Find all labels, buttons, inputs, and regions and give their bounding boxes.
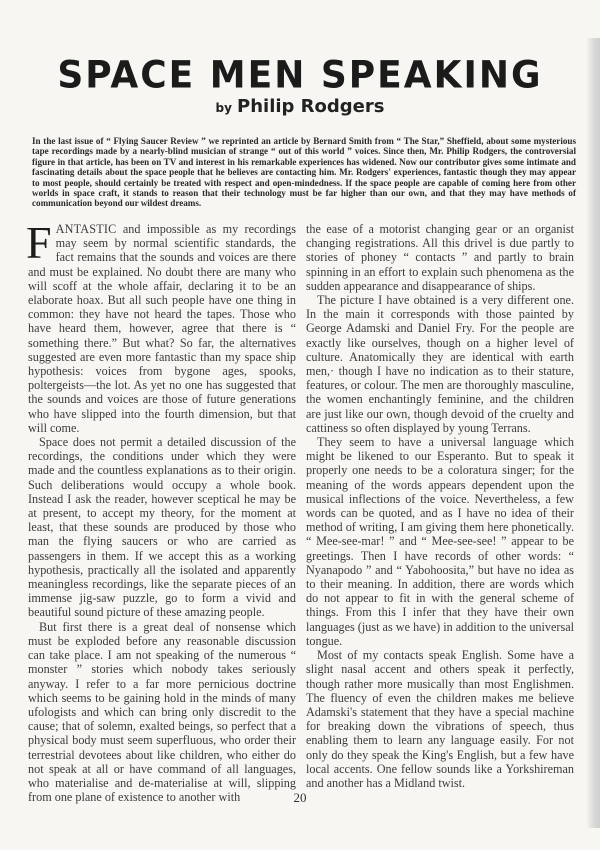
paragraph: The picture I have obtained is a very di… (306, 293, 574, 435)
drop-cap: F (26, 224, 52, 262)
paragraph: Space does not permit a detailed discuss… (28, 435, 296, 620)
paragraph-text: and impossible as my recordings may seem… (28, 222, 296, 435)
article-body: FANTASTIC and impossible as my recording… (28, 222, 574, 802)
article-intro: In the last issue of “ Flying Saucer Rev… (32, 136, 576, 209)
lead-caps: ANTASTIC (56, 222, 117, 236)
paragraph: Most of my contacts speak English. Some … (306, 648, 574, 790)
paragraph: FANTASTIC and impossible as my recording… (28, 222, 296, 435)
page-edge-shadow (586, 38, 600, 828)
left-column: FANTASTIC and impossible as my recording… (28, 222, 296, 802)
right-column: the ease of a motorist changing gear or … (306, 222, 574, 802)
page-number: 20 (0, 790, 600, 806)
paragraph: But first there is a great deal of nonse… (28, 620, 296, 805)
byline: by Philip Rodgers (0, 97, 600, 118)
paragraph: They seem to have a universal language w… (306, 435, 574, 648)
article-title: SPACE MEN SPEAKING (0, 55, 600, 97)
byline-prefix: by (216, 101, 232, 115)
paragraph: the ease of a motorist changing gear or … (306, 222, 574, 293)
author-name: Philip Rodgers (237, 96, 384, 117)
